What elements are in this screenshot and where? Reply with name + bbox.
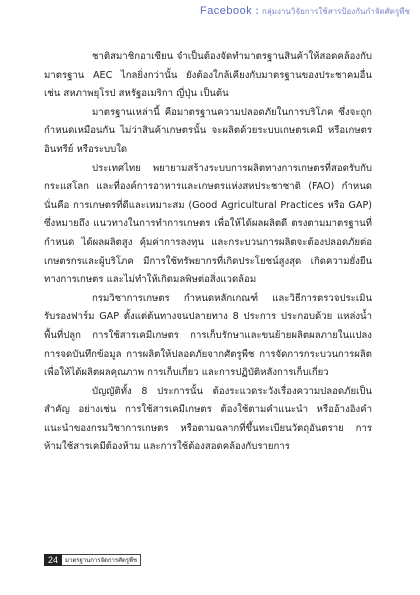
paragraph-1: ชาติสมาชิกอาเซียน จำเป็นต้องจัดทำมาตรฐาน… [44, 48, 372, 104]
paragraph-2: มาตรฐานเหล่านี้ คือมาตรฐานความปลอดภัยในก… [44, 104, 372, 160]
paragraph-5: บัญญัติทั้ง 8 ประการนั้น ต้องระแวดระวังเ… [44, 383, 372, 457]
page-number: 24 [44, 554, 62, 566]
paragraph-4: กรมวิชาการเกษตร กำหนดหลักเกณฑ์ และวิธีกา… [44, 290, 372, 383]
header-separator: : [255, 4, 259, 17]
page-footer: 24 มาตรฐานการจัดการศัตรูพืช [44, 554, 141, 566]
group-name: กลุ่มงานวิจัยการใช้สารป้องกันกำจัดศัตรูพ… [262, 5, 410, 18]
page-header: Facebook : กลุ่มงานวิจัยการใช้สารป้องกัน… [200, 4, 410, 18]
document-body: ชาติสมาชิกอาเซียน จำเป็นต้องจัดทำมาตรฐาน… [44, 48, 372, 457]
paragraph-3: ประเทศไทย พยายามสร้างระบบการผลิตทางการเก… [44, 160, 372, 290]
footer-title: มาตรฐานการจัดการศัตรูพืช [62, 554, 141, 566]
facebook-label: Facebook [200, 5, 252, 17]
